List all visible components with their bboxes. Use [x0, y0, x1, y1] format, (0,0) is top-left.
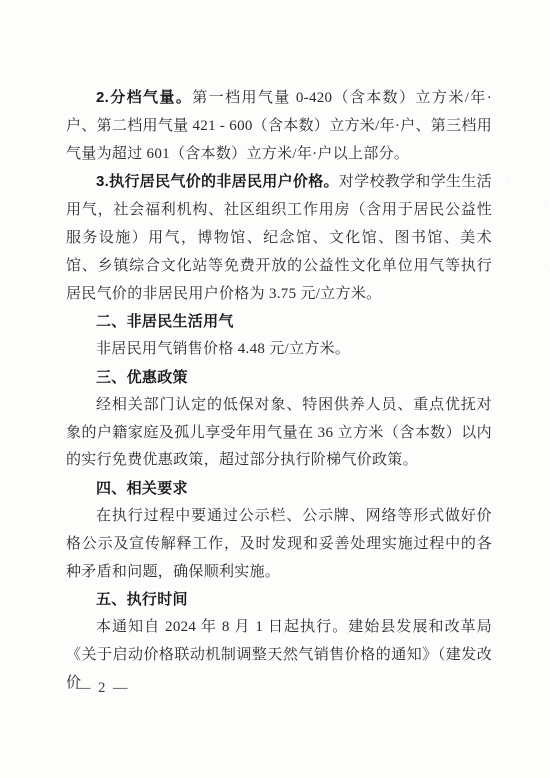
- numbered-item-2-tiered-gas-volume: 2.分档气量。第一档用气量 0-420（含本数）立方米/年·户、第二档用气量 4…: [66, 84, 492, 168]
- section-heading-2-nonresident-gas: 二、非居民生活用气: [66, 308, 492, 336]
- document-body: 2.分档气量。第一档用气量 0-420（含本数）立方米/年·户、第二档用气量 4…: [66, 84, 492, 698]
- section-heading-4-related-requirements: 四、相关要求: [66, 475, 492, 503]
- page-number: — 2 —: [76, 680, 130, 697]
- section-3-paragraph-preferential-policy: 经相关部门认定的低保对象、特困供养人员、重点优抚对象的户籍家庭及孤儿享受年用气量…: [66, 392, 492, 475]
- numbered-item-3-lead: 3.执行居民气价的非居民用户价格。: [96, 173, 339, 190]
- numbered-item-3-nonresident-at-resident-price: 3.执行居民气价的非居民用户价格。对学校教学和学生生活用气，社会福利机构、社区组…: [66, 168, 492, 308]
- section-2-paragraph-nonresident-price: 非居民用气销售价格 4.48 元/立方米。: [66, 336, 492, 364]
- section-heading-5-effective-time: 五、执行时间: [66, 586, 492, 614]
- document-page: 2.分档气量。第一档用气量 0-420（含本数）立方米/年·户、第二档用气量 4…: [0, 0, 550, 778]
- numbered-item-2-lead: 2.分档气量。: [96, 89, 192, 106]
- section-heading-3-preferential-policy: 三、优惠政策: [66, 364, 492, 392]
- section-4-paragraph-related-requirements: 在执行过程中要通过公示栏、公示牌、网络等形式做好价格公示及宣传解释工作，及时发现…: [66, 503, 492, 586]
- numbered-item-3-text: 对学校教学和学生生活用气，社会福利机构、社区组织工作用房（含用于居民公益性服务设…: [66, 174, 492, 301]
